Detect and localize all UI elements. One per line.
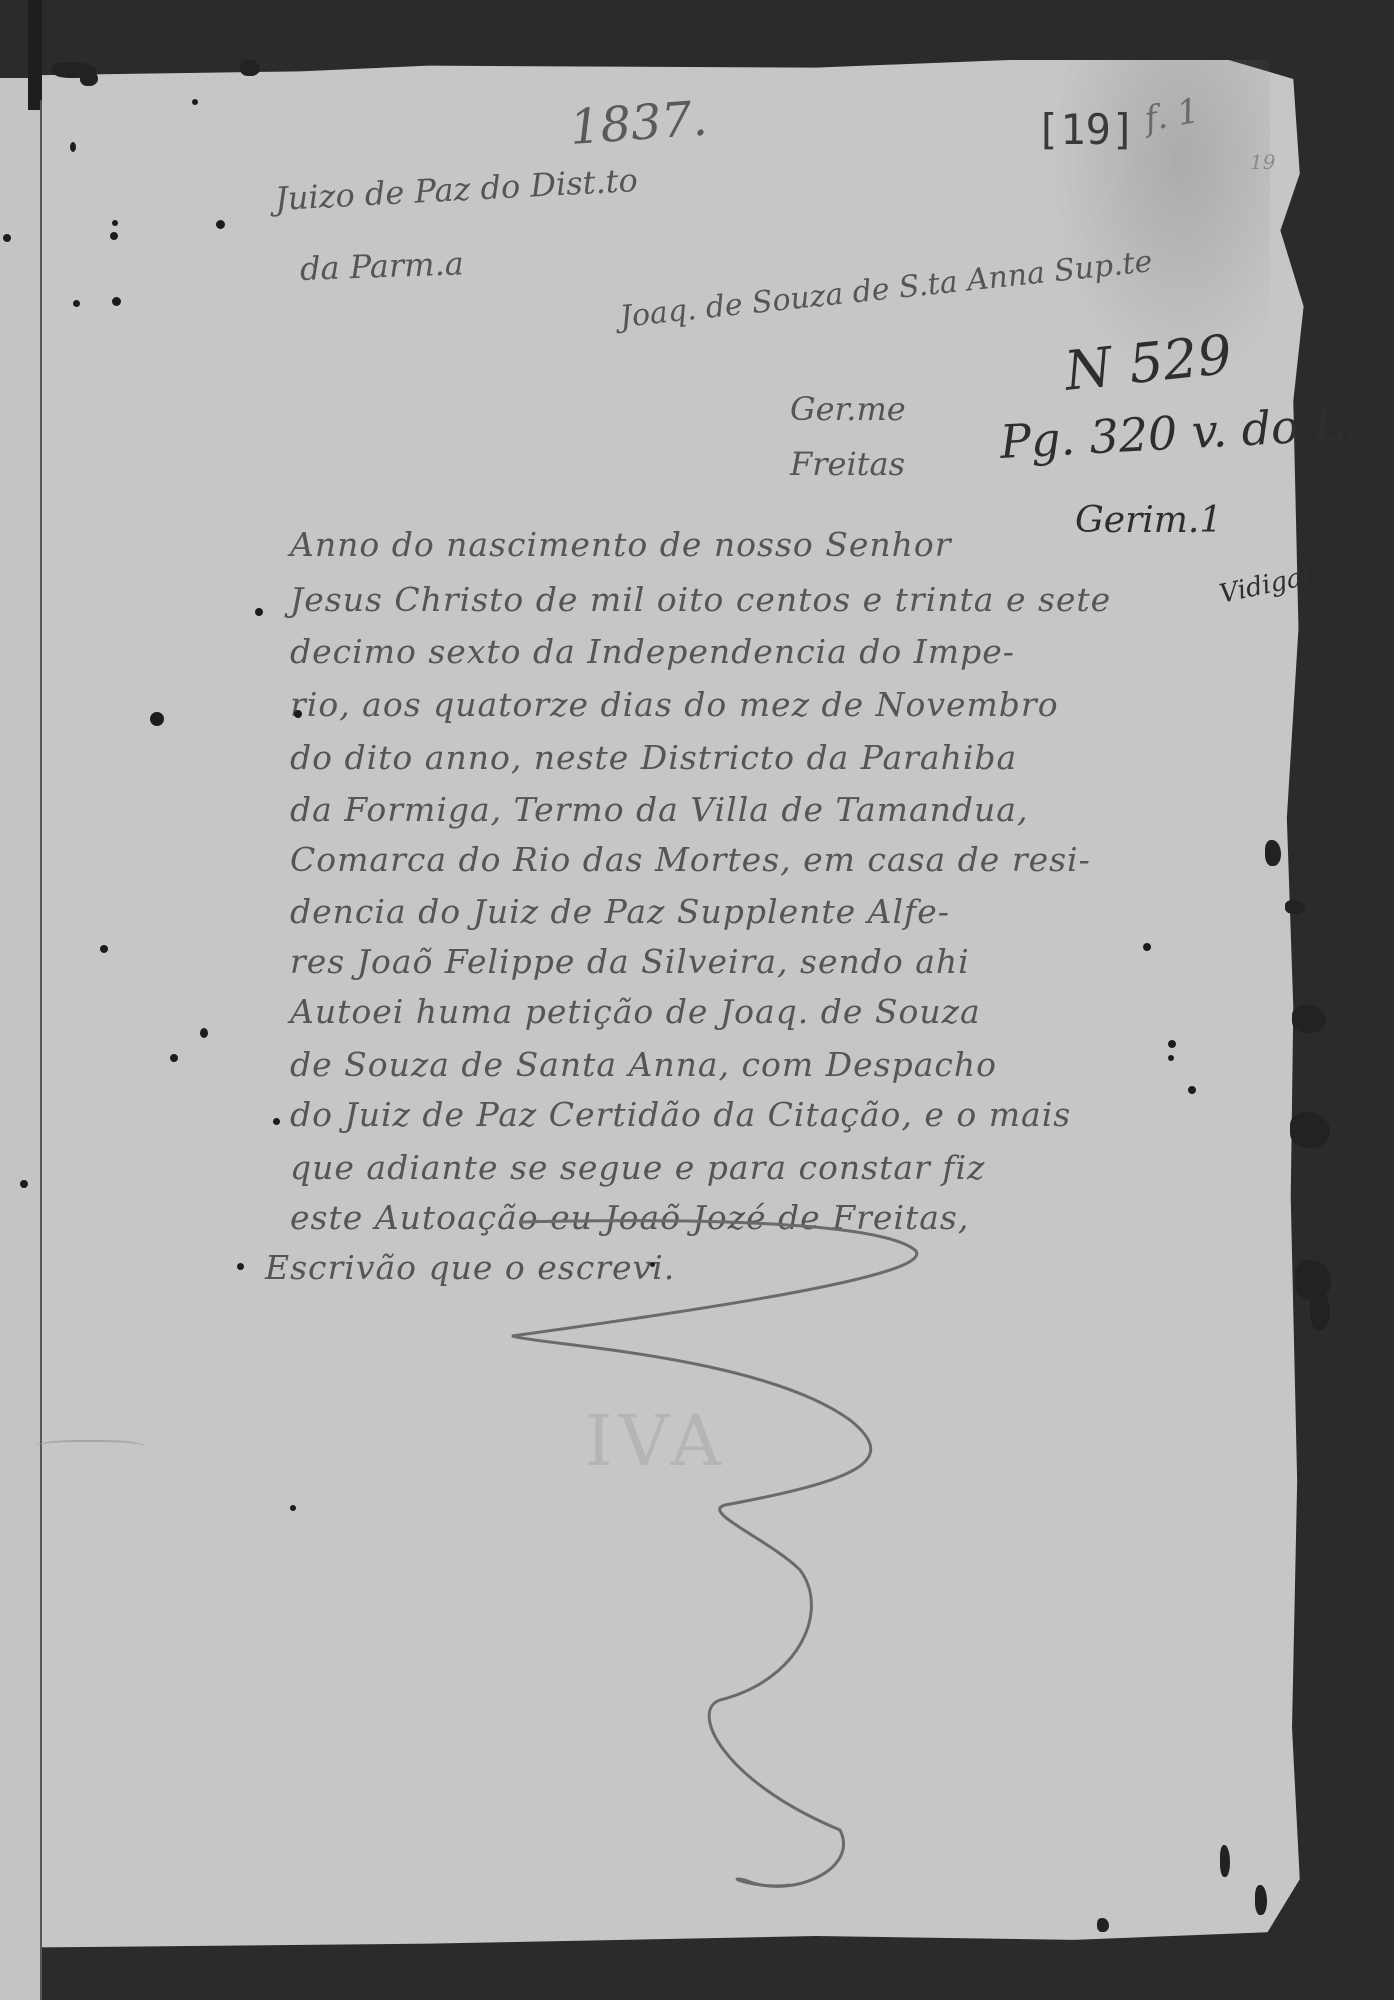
document-year: 1837. [568,90,709,155]
ink-spot [150,712,164,726]
ink-spot [650,1262,655,1267]
ink-spot [110,232,118,240]
binding-gap [28,0,42,110]
folio-sub-mark: 19 [1250,150,1275,174]
damage-blot [1285,900,1305,914]
ink-spot [237,1263,244,1270]
ink-spot [192,99,198,105]
body-line: Jesus Christo de mil oito centos e trint… [290,580,1111,619]
body-line: Autoei huma petição de Joaq. de Souza [290,992,981,1031]
ink-spot [1143,943,1151,951]
damage-blot [240,60,260,76]
ink-spot [73,300,80,307]
damage-blot [1292,1005,1326,1033]
adjacent-page-edge [0,78,40,2000]
damage-blot [1097,1918,1109,1932]
salutation-line-2: Freitas [790,445,905,483]
body-line: decimo sexto da Independencia do Impe- [290,632,1015,671]
body-line: dencia do Juiz de Paz Supplente Alfe- [290,892,950,931]
ink-spot [255,608,263,616]
ink-spot [216,220,225,229]
registry-note: Gerim.1 [1075,500,1222,541]
damage-blot [1255,1885,1267,1915]
ink-spot [200,1028,208,1038]
body-line: do Juiz de Paz Certidão da Citação, e o … [290,1095,1071,1134]
heading-district: da Parm.a [299,244,464,288]
archive-number: [19] [1035,105,1136,154]
body-line: Escrivão que o escrevi. [265,1248,675,1287]
body-line: de Souza de Santa Anna, com Despacho [290,1045,997,1084]
ink-spot [1168,1055,1174,1061]
damage-blot [80,70,98,86]
body-line: que adiante se segue e para constar fiz [290,1148,985,1187]
body-line: Anno do nascimento de nosso Senhor [290,525,952,564]
body-line: da Formiga, Termo da Villa de Tamandua, [290,790,1028,829]
ink-spot [20,1180,28,1188]
salutation-line-1: Ger.me [790,390,906,428]
damage-blot [1290,1112,1330,1148]
page-fold-line [40,100,42,2000]
ink-spot [112,220,118,226]
ink-spot [112,297,121,306]
body-line: este Autoação eu Joaõ Jozé de Freitas, [290,1198,969,1237]
ink-spot [170,1054,178,1062]
ink-spot [70,142,76,152]
body-line: rio, aos quatorze dias do mez de Novembr… [290,685,1059,724]
body-line: do dito anno, neste Districto da Parahib… [290,738,1017,777]
ink-spot [3,234,11,242]
ink-spot [1168,1040,1176,1048]
ink-spot [290,1505,296,1511]
damage-blot [1265,840,1281,866]
ink-spot [294,710,302,718]
damage-blot [1220,1845,1230,1877]
body-line: res Joaõ Felippe da Silveira, sendo ahi [290,942,970,981]
ink-spot [100,945,108,953]
damage-blot [1310,1290,1330,1330]
ink-spot [1188,1086,1196,1094]
ink-spot [273,1118,280,1125]
paper-watermark: IVA [585,1400,727,1482]
margin-scribble [35,1440,145,1456]
body-line: Comarca do Rio das Mortes, em casa de re… [290,840,1091,879]
